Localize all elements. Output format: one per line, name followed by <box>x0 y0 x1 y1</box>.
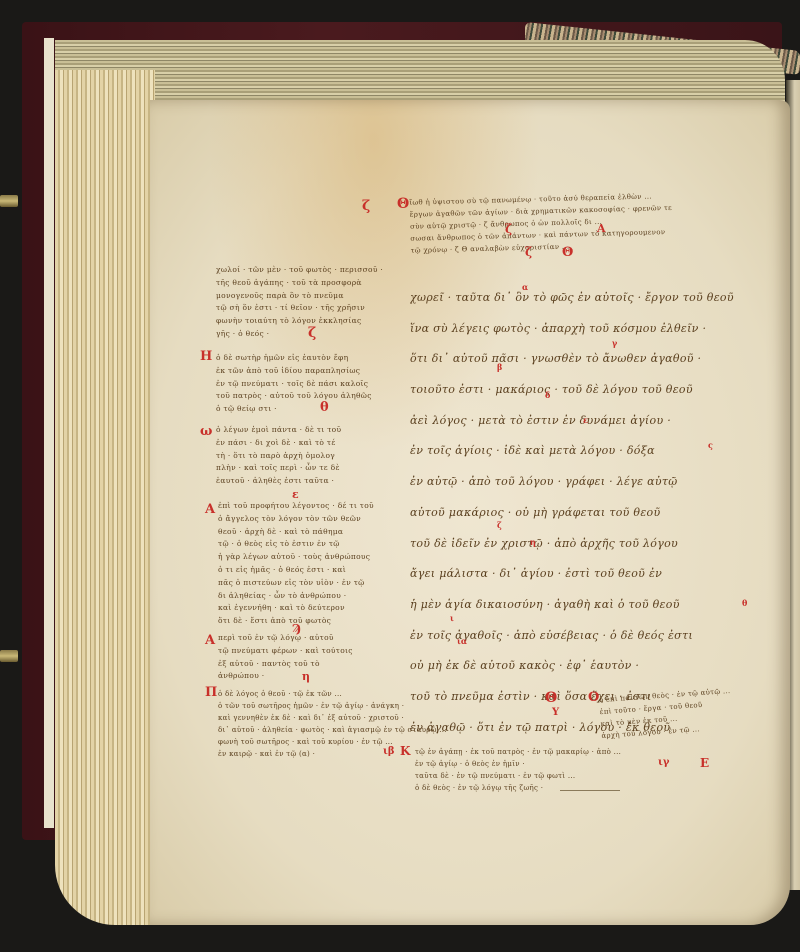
superscript-rubric: ς <box>708 440 713 450</box>
right-column: χωρεῖ · ταῦτα δι᾽ ὃν τὸ φῶς ἐν αὐτοῖς · … <box>410 283 775 743</box>
superscript-rubric: δ <box>545 390 550 400</box>
superscript-rubric: θ <box>742 598 747 608</box>
rubric-initial: Θ <box>562 245 573 260</box>
paragraph-2: ὁ δὲ σωτὴρ ἡμῶν εἰς ἑαυτὸν ἔφη ἐκ τῶν ἀπ… <box>216 352 396 416</box>
page-stack-side <box>55 70 155 925</box>
paragraph-initial: Π <box>205 685 217 700</box>
rubric-numeral: ιβ <box>383 746 394 757</box>
superscript-rubric: ε <box>583 415 588 425</box>
manuscript-photo: ζ Θ ἴωθ ἡ ὑψιστου σὺ τῷ πανωμένῳ · τοῦτο… <box>0 0 800 952</box>
pastedown <box>44 38 54 828</box>
bottom-lower-text: τῷ ἐν ἀγάπῃ · ἐκ τοῦ πατρὸς · ἐν τῷ μακα… <box>415 746 745 794</box>
clasp-upper <box>0 195 18 207</box>
clasp-lower <box>0 650 18 662</box>
paragraph-initial: ω <box>200 424 212 439</box>
paragraph-1: χωλοί · τῶν μὲν · τοῦ φωτὸς · περισσοῦ ·… <box>216 264 396 341</box>
rubric-numeral: ζ <box>525 245 532 259</box>
superscript-rubric: ια <box>457 636 467 646</box>
top-initial: Θ <box>397 196 409 212</box>
left-column: χωλοί · τῶν μὲν · τοῦ φωτὸς · περισσοῦ ·… <box>216 264 396 341</box>
paragraph-initial: Α <box>205 502 215 517</box>
paragraph-initial: Ο <box>588 690 599 705</box>
closing-rule <box>560 790 620 791</box>
superscript-rubric: η <box>530 537 536 547</box>
rubric-initial: Α <box>597 222 606 235</box>
paragraph-initial: Α <box>205 633 215 648</box>
superscript-rubric: ι <box>450 613 454 623</box>
paragraph-initial: Η <box>200 349 212 364</box>
rubric-numeral: θ <box>320 400 329 415</box>
superscript-rubric: α <box>522 282 528 292</box>
rubric-numeral: Υ <box>552 707 559 718</box>
rubric-initial: Θ <box>545 690 557 706</box>
superscript-rubric: γ <box>612 338 617 348</box>
top-marker: ζ <box>362 198 370 214</box>
rubric-initial: Κ <box>400 744 410 758</box>
rubric-numeral: ζ <box>505 222 512 236</box>
rubric-numeral: η <box>302 670 310 683</box>
top-text-block: ἴωθ ἡ ὑψιστου σὺ τῷ πανωμένῳ · τοῦτο ἀσύ… <box>409 187 775 257</box>
paragraph-4: ἐπὶ τοῦ προφήτου λέγοντος · δέ τι τοῦ ὁ … <box>218 500 398 628</box>
superscript-rubric: β <box>497 362 502 372</box>
superscript-rubric: ζ <box>497 520 502 530</box>
rubric-numeral: ζ <box>308 325 316 341</box>
paragraph-3: ὁ λέγων ἐμοὶ πάντα · δὲ τι τοῦ ἐν πάσι ·… <box>216 424 396 488</box>
